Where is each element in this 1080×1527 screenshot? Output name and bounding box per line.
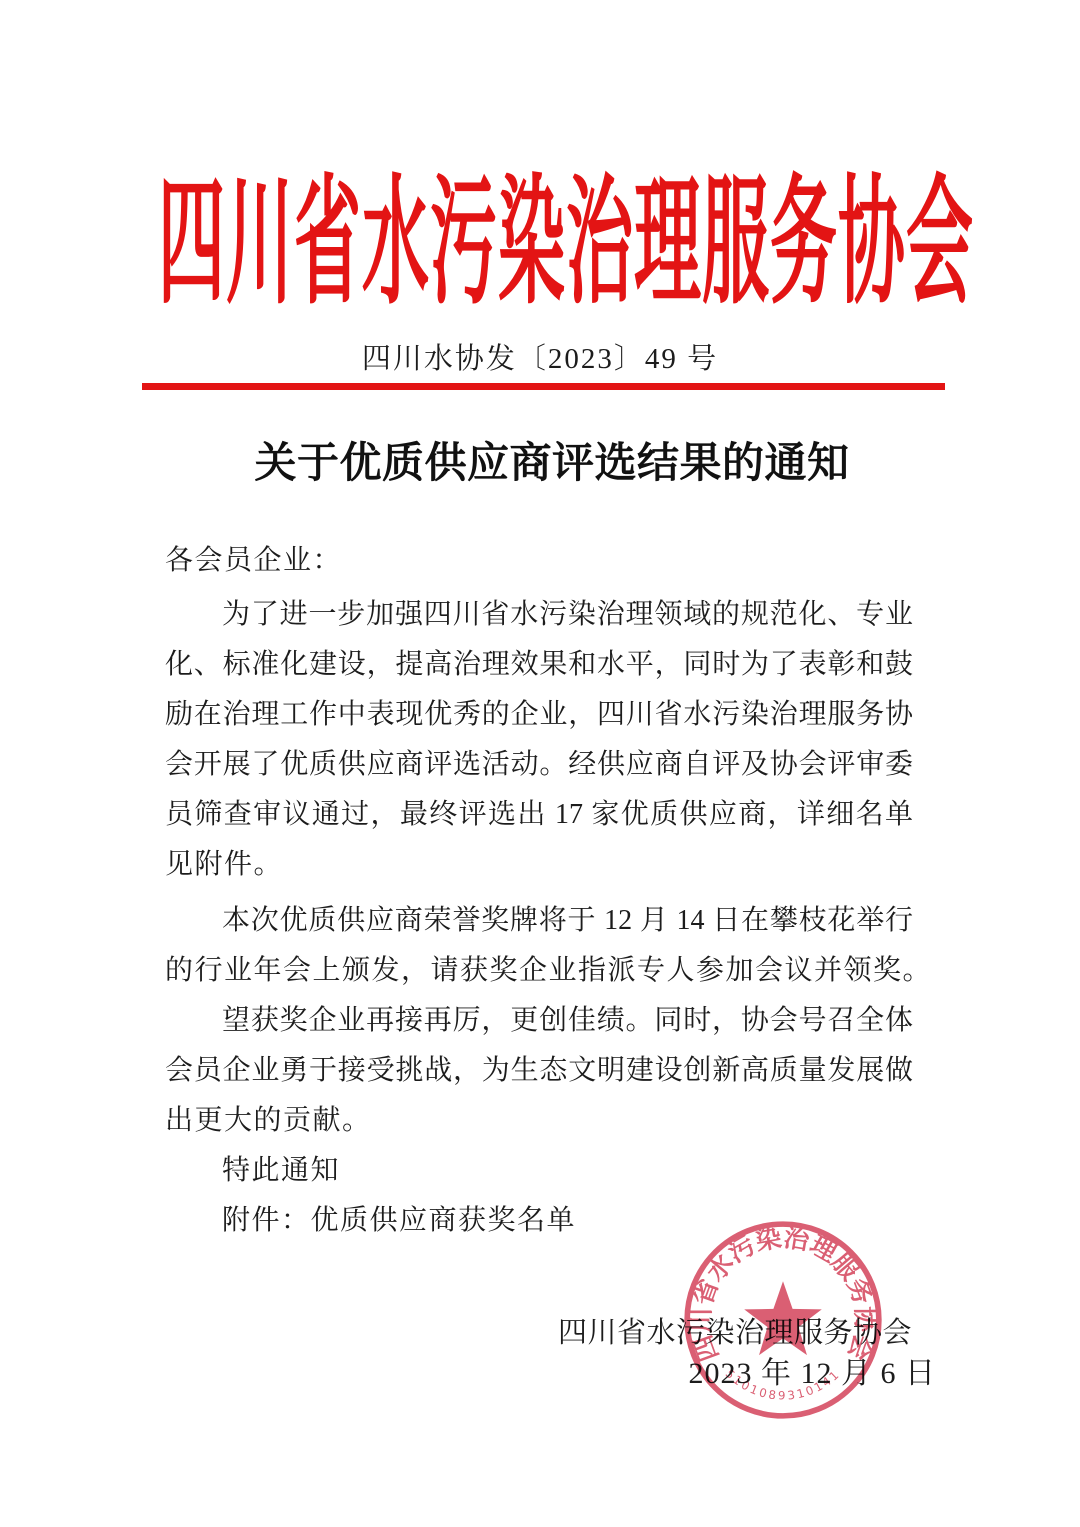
body-line: 的行业年会上颁发，请获奖企业指派专人参加会议并领奖。 [165,946,913,996]
notice-body: 各会员企业： 为了进一步加强四川省水污染治理领域的规范化、专业化、标准化建设，提… [165,536,913,1246]
body-line: 会员企业勇于接受挑战，为生态文明建设创新高质量发展做 [165,1046,913,1096]
body-line: 励在治理工作中表现优秀的企业，四川省水污染治理服务协 [165,690,913,740]
notice-document: 四川省水污染治理服务协会 四川水协发〔2023〕49 号 关于优质供应商评选结果… [0,0,1080,1527]
paragraph: 望获奖企业再接再厉，更创佳绩。同时，协会号召全体会员企业勇于接受挑战，为生态文明… [165,996,913,1146]
salutation: 各会员企业： [165,536,913,586]
seal-serial-number: 5101089310141 [723,1366,844,1402]
body-line: 员筛查审议通过，最终评选出 17 家优质供应商，详细名单 [165,790,913,840]
official-seal: 四川省水污染治理服务协会 5101089310141 [681,1218,885,1422]
paragraph: 为了进一步加强四川省水污染治理领域的规范化、专业化、标准化建设，提高治理效果和水… [165,590,913,890]
red-divider-rule [142,383,945,390]
body-line: 特此通知 [165,1146,913,1196]
seal-star-icon [744,1281,822,1355]
notice-title: 关于优质供应商评选结果的通知 [12,430,1080,490]
body-line: 会开展了优质供应商评选活动。经供应商自评及协会评审委 [165,740,913,790]
body-line: 望获奖企业再接再厉，更创佳绩。同时，协会号召全体 [165,996,913,1046]
document-number: 四川水协发〔2023〕49 号 [0,336,1080,377]
paragraphs-container: 为了进一步加强四川省水污染治理领域的规范化、专业化、标准化建设，提高治理效果和水… [165,590,913,1246]
paragraph: 本次优质供应商荣誉奖牌将于 12 月 14 日在攀枝花举行的行业年会上颁发，请获… [165,896,913,996]
body-line: 本次优质供应商荣誉奖牌将于 12 月 14 日在攀枝花举行 [165,896,913,946]
paragraph: 特此通知 [165,1146,913,1196]
body-line: 见附件。 [165,840,913,890]
body-line: 出更大的贡献。 [165,1096,913,1146]
body-line: 化、标准化建设，提高治理效果和水平，同时为了表彰和鼓 [165,640,913,690]
body-line: 为了进一步加强四川省水污染治理领域的规范化、专业 [165,590,913,640]
